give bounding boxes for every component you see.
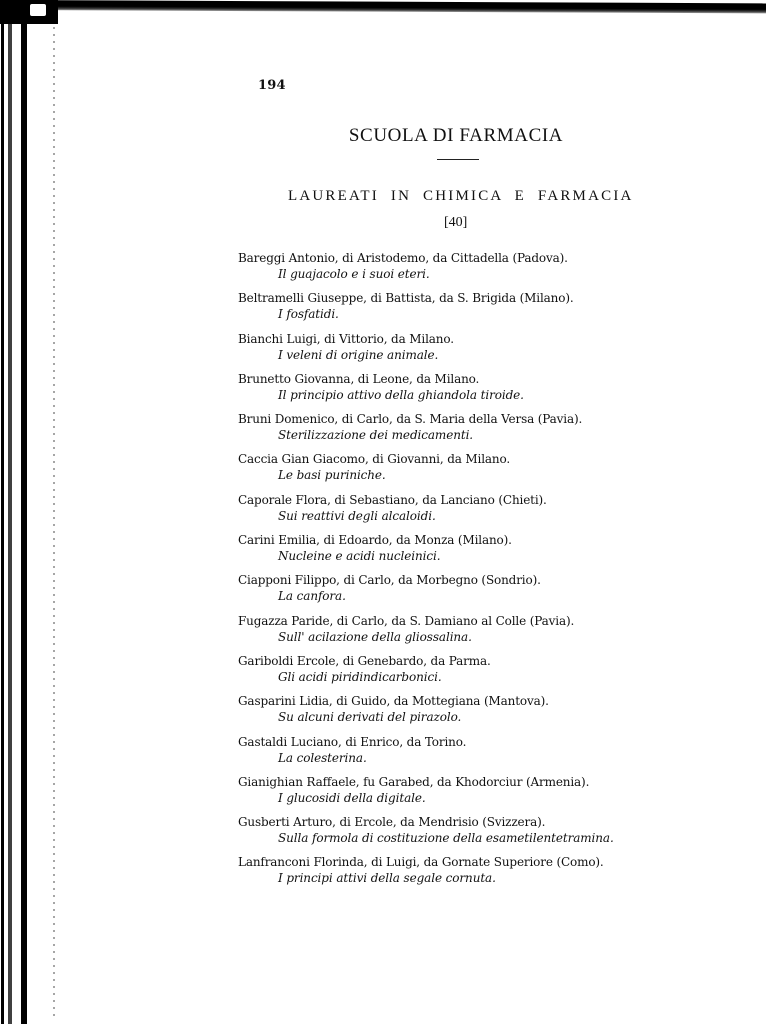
list-item: Beltramelli Giuseppe, di Battista, da S.… (238, 290, 658, 330)
list-item: Bruni Domenico, di Carlo, da S. Maria de… (238, 411, 658, 451)
thesis-title: Sterilizzazione dei medicamenti. (238, 427, 658, 443)
graduate-name: Caccia Gian Giacomo, di Giovanni, da Mil… (238, 451, 658, 467)
document-page: 194 SCUOLA DI FARMACIA LAUREATI IN CHIMI… (0, 0, 766, 1024)
thesis-title: Il guajacolo e i suoi eteri. (238, 266, 658, 282)
thesis-title: Sull' acilazione della gliossalina. (238, 629, 658, 645)
thesis-title: La colesterina. (238, 750, 658, 766)
list-item: Carini Emilia, di Edoardo, da Monza (Mil… (238, 532, 658, 572)
section-title: LAUREATI IN CHIMICA E FARMACIA (288, 188, 634, 205)
graduate-name: Beltramelli Giuseppe, di Battista, da S.… (238, 290, 658, 306)
list-item: Caporale Flora, di Sebastiano, da Lancia… (238, 492, 658, 532)
graduate-count: [40] (444, 215, 467, 231)
thesis-title: I fosfatidi. (238, 306, 658, 322)
graduate-name: Caporale Flora, di Sebastiano, da Lancia… (238, 492, 658, 508)
thesis-title: Gli acidi piridindicarbonici. (238, 669, 658, 685)
graduate-name: Carini Emilia, di Edoardo, da Monza (Mil… (238, 532, 658, 548)
list-item: Gastaldi Luciano, di Enrico, da Torino. … (238, 734, 658, 774)
thesis-title: Nucleine e acidi nucleinici. (238, 548, 658, 564)
list-item: Lanfranconi Florinda, di Luigi, da Gorna… (238, 854, 658, 894)
thesis-title: Il principio attivo della ghiandola tiro… (238, 387, 658, 403)
school-title: SCUOLA DI FARMACIA (0, 125, 766, 147)
graduate-name: Brunetto Giovanna, di Leone, da Milano. (238, 371, 658, 387)
list-item: Fugazza Paride, di Carlo, da S. Damiano … (238, 613, 658, 653)
graduate-name: Gasparini Lidia, di Guido, da Mottegiana… (238, 693, 658, 709)
list-item: Gusberti Arturo, di Ercole, da Mendrisio… (238, 814, 658, 854)
thesis-title: I principi attivi della segale cornuta. (238, 870, 658, 886)
thesis-title: Sui reattivi degli alcaloidi. (238, 508, 658, 524)
list-item: Ciapponi Filippo, di Carlo, da Morbegno … (238, 572, 658, 612)
thesis-title: Su alcuni derivati del pirazolo. (238, 709, 658, 725)
graduate-name: Bruni Domenico, di Carlo, da S. Maria de… (238, 411, 658, 427)
graduate-name: Bianchi Luigi, di Vittorio, da Milano. (238, 331, 658, 347)
list-item: Brunetto Giovanna, di Leone, da Milano. … (238, 371, 658, 411)
title-divider (437, 159, 479, 160)
list-item: Bianchi Luigi, di Vittorio, da Milano. I… (238, 331, 658, 371)
graduate-name: Gianighian Raffaele, fu Garabed, da Khod… (238, 774, 658, 790)
graduate-name: Ciapponi Filippo, di Carlo, da Morbegno … (238, 572, 658, 588)
list-item: Bareggi Antonio, di Aristodemo, da Citta… (238, 250, 658, 290)
list-item: Gariboldi Ercole, di Genebardo, da Parma… (238, 653, 658, 693)
graduate-name: Gastaldi Luciano, di Enrico, da Torino. (238, 734, 658, 750)
thesis-title: I glucosidi della digitale. (238, 790, 658, 806)
graduate-name: Fugazza Paride, di Carlo, da S. Damiano … (238, 613, 658, 629)
thesis-title: La canfora. (238, 588, 658, 604)
graduate-name: Gariboldi Ercole, di Genebardo, da Parma… (238, 653, 658, 669)
list-item: Gianighian Raffaele, fu Garabed, da Khod… (238, 774, 658, 814)
thesis-title: Sulla formola di costituzione della esam… (238, 830, 658, 846)
graduate-name: Bareggi Antonio, di Aristodemo, da Citta… (238, 250, 658, 266)
graduates-list: Bareggi Antonio, di Aristodemo, da Citta… (238, 250, 658, 895)
thesis-title: I veleni di origine animale. (238, 347, 658, 363)
graduate-name: Gusberti Arturo, di Ercole, da Mendrisio… (238, 814, 658, 830)
list-item: Gasparini Lidia, di Guido, da Mottegiana… (238, 693, 658, 733)
graduate-name: Lanfranconi Florinda, di Luigi, da Gorna… (238, 854, 658, 870)
page-number: 194 (258, 78, 286, 93)
thesis-title: Le basi puriniche. (238, 467, 658, 483)
list-item: Caccia Gian Giacomo, di Giovanni, da Mil… (238, 451, 658, 491)
